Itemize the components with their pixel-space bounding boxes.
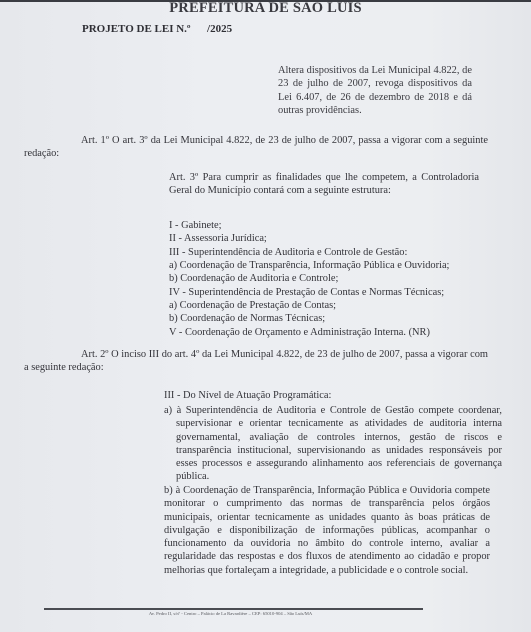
- structure-item: II - Assessoria Jurídica;: [169, 232, 499, 245]
- alinea-b: b) à Coordenação de Transparência, Infor…: [164, 484, 490, 577]
- structure-item: IV - Superintendência de Prestação de Co…: [169, 286, 499, 299]
- alinea-a: a) à Superintendência de Auditoria e Con…: [164, 404, 502, 484]
- bill-number: PROJETO DE LEI N.º /2025: [82, 23, 232, 35]
- structure-item: I - Gabinete;: [169, 219, 499, 232]
- structure-item: a) Coordenação de Prestação de Contas;: [169, 299, 499, 312]
- inciso-heading: III - Do Nível de Atuação Programática:: [164, 390, 331, 401]
- structure-item: b) Coordenação de Normas Técnicas;: [169, 312, 499, 325]
- structure-item: III - Superintendência de Auditoria e Co…: [169, 246, 499, 259]
- document-page: PREFEITURA DE SÃO LUÍS PROJETO DE LEI N.…: [0, 0, 531, 632]
- ementa: Altera dispositivos da Lei Municipal 4.8…: [278, 64, 472, 117]
- quoted-art-3-caput: Art. 3º Para cumprir as finalidades que …: [169, 171, 479, 198]
- structure-item: b) Coordenação de Auditoria e Controle;: [169, 272, 499, 285]
- footer-address-text: Av. Pedro II, s/nº - Centro – Palácio de…: [149, 611, 312, 616]
- article-2: Art. 2º O inciso III do art. 4º da Lei M…: [24, 348, 488, 375]
- institution-title: PREFEITURA DE SÃO LUÍS: [0, 0, 531, 16]
- article-1: Art. 1º O art. 3º da Lei Municipal 4.822…: [24, 134, 488, 161]
- structure-list: I - Gabinete; II - Assessoria Jurídica; …: [169, 219, 499, 339]
- structure-item: V - Coordenação de Orçamento e Administr…: [169, 326, 499, 339]
- structure-item: a) Coordenação de Transparência, Informa…: [169, 259, 499, 272]
- footer-divider: [44, 608, 423, 610]
- footer-address: Av. Pedro II, s/nº - Centro – Palácio de…: [0, 611, 531, 616]
